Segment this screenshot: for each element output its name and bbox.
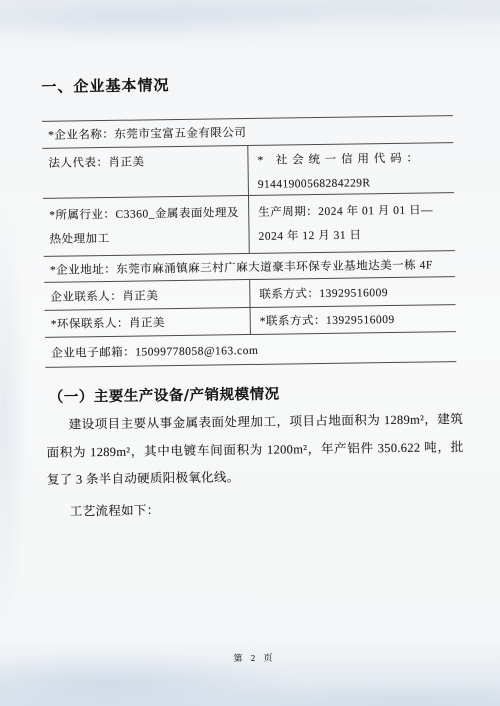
table-row: *所属行业：C3360_金属表面处理及热处理加工 生产周期：2024 年 01 … <box>43 192 455 256</box>
process-flow-note: 工艺流程如下： <box>47 493 464 526</box>
credit-code-value: 91441900568284229R <box>258 172 448 195</box>
table-row: 法人代表：肖正美 * 社会统一信用代码： 91441900568284229R <box>42 142 454 198</box>
company-email-cell: 企业电子邮箱：15099778058@163.com <box>45 332 456 367</box>
section-body: 建设项目主要从事金属表面处理加工，项目占地面积为 1289m²，建筑面积为 12… <box>46 406 465 526</box>
project-description: 建设项目主要从事金属表面处理加工，项目占地面积为 1289m²，建筑面积为 12… <box>46 406 464 494</box>
env-contact-cell: *环保联系人：肖正美 <box>45 308 250 337</box>
page-number: 第 2 页 <box>4 647 500 667</box>
section-heading: （一）主要生产设备/产销规模情况 <box>49 383 280 407</box>
env-contact-phone-cell: *联系方式：13929516009 <box>250 305 456 334</box>
scanned-document-page: 一、企业基本情况 *企业名称：东莞市宝富五金有限公司 法人代表：肖正美 * 社会… <box>0 0 500 706</box>
table-row: 企业联系人：肖正美 联系方式：13929516009 <box>44 276 455 310</box>
production-period-cell: 生产周期：2024 年 01 月 01 日—2024 年 12 月 31 日 <box>248 193 455 253</box>
credit-code-cell: * 社会统一信用代码： 91441900568284229R <box>247 143 454 195</box>
industry-cell: *所属行业：C3360_金属表面处理及热处理加工 <box>43 196 249 256</box>
page-title: 一、企业基本情况 <box>41 74 169 97</box>
table-row: *企业名称：东莞市宝富五金有限公司 <box>42 115 453 148</box>
page-content: 一、企业基本情况 *企业名称：东莞市宝富五金有限公司 法人代表：肖正美 * 社会… <box>0 0 500 706</box>
contact-phone-cell: 联系方式：13929516009 <box>249 277 455 307</box>
table-row: 企业电子邮箱：15099778058@163.com <box>45 331 456 367</box>
company-info-table: *企业名称：东莞市宝富五金有限公司 法人代表：肖正美 * 社会统一信用代码： 9… <box>42 115 456 368</box>
company-contact-cell: 企业联系人：肖正美 <box>44 280 249 310</box>
table-row: *环保联系人：肖正美 *联系方式：13929516009 <box>45 304 456 337</box>
credit-code-label: * 社会统一信用代码： <box>257 148 447 171</box>
legal-rep-cell: 法人代表：肖正美 <box>42 146 248 198</box>
